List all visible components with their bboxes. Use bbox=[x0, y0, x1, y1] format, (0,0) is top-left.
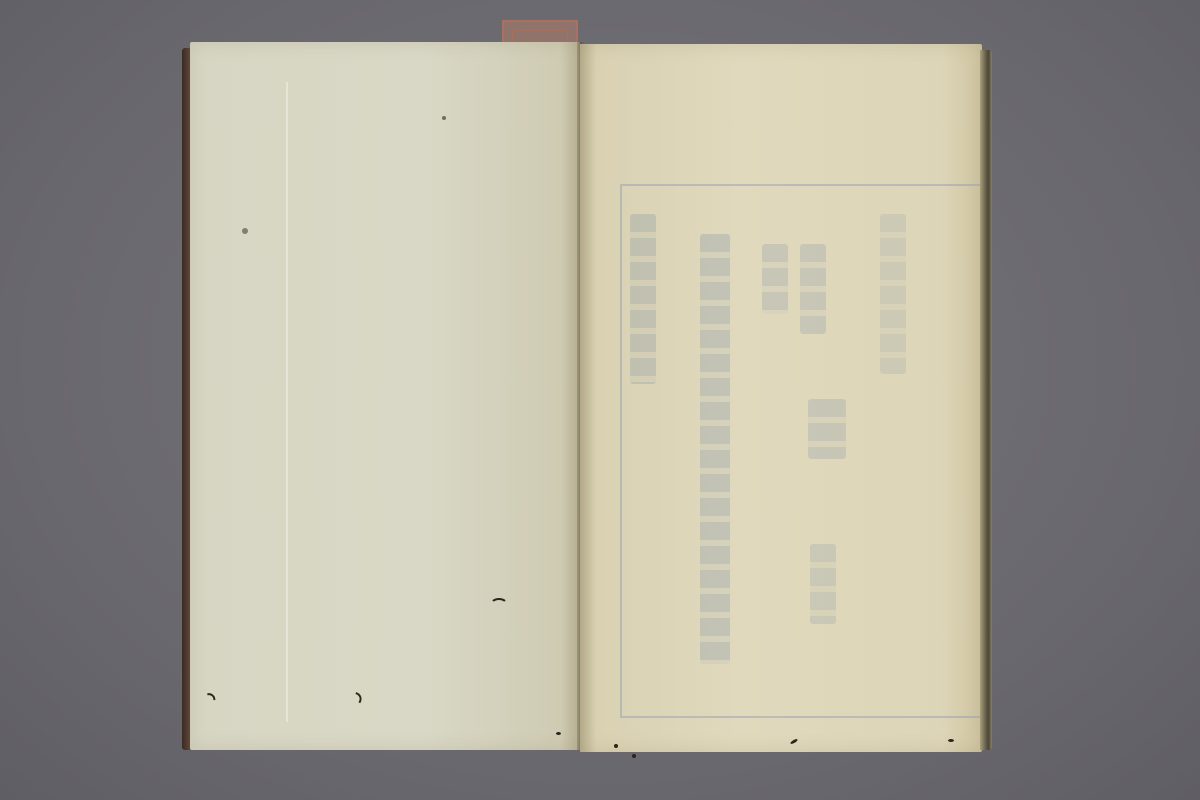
bleed-through-text-column bbox=[880, 214, 906, 374]
right-cover-edge bbox=[980, 50, 992, 750]
bleed-through-text-column bbox=[762, 244, 788, 314]
left-page bbox=[190, 42, 580, 750]
paper-crease bbox=[286, 82, 288, 722]
paper-spot bbox=[614, 744, 618, 748]
bleed-through-text-column bbox=[700, 234, 730, 664]
bleed-through-text-column bbox=[810, 544, 836, 624]
paper-spot bbox=[442, 116, 446, 120]
paper-spot bbox=[632, 754, 636, 758]
open-book bbox=[182, 42, 992, 754]
bleed-through-text-column bbox=[800, 244, 826, 334]
paper-spot bbox=[790, 738, 798, 745]
worm-damage bbox=[490, 598, 508, 612]
paper-spot bbox=[242, 228, 248, 234]
paper-spot bbox=[948, 739, 954, 742]
right-page bbox=[580, 44, 982, 752]
bleed-through-text-column bbox=[630, 214, 656, 384]
bleed-through-text-column bbox=[808, 399, 846, 459]
worm-damage bbox=[334, 688, 365, 714]
paper-spot bbox=[556, 732, 561, 735]
worm-damage bbox=[193, 689, 219, 716]
